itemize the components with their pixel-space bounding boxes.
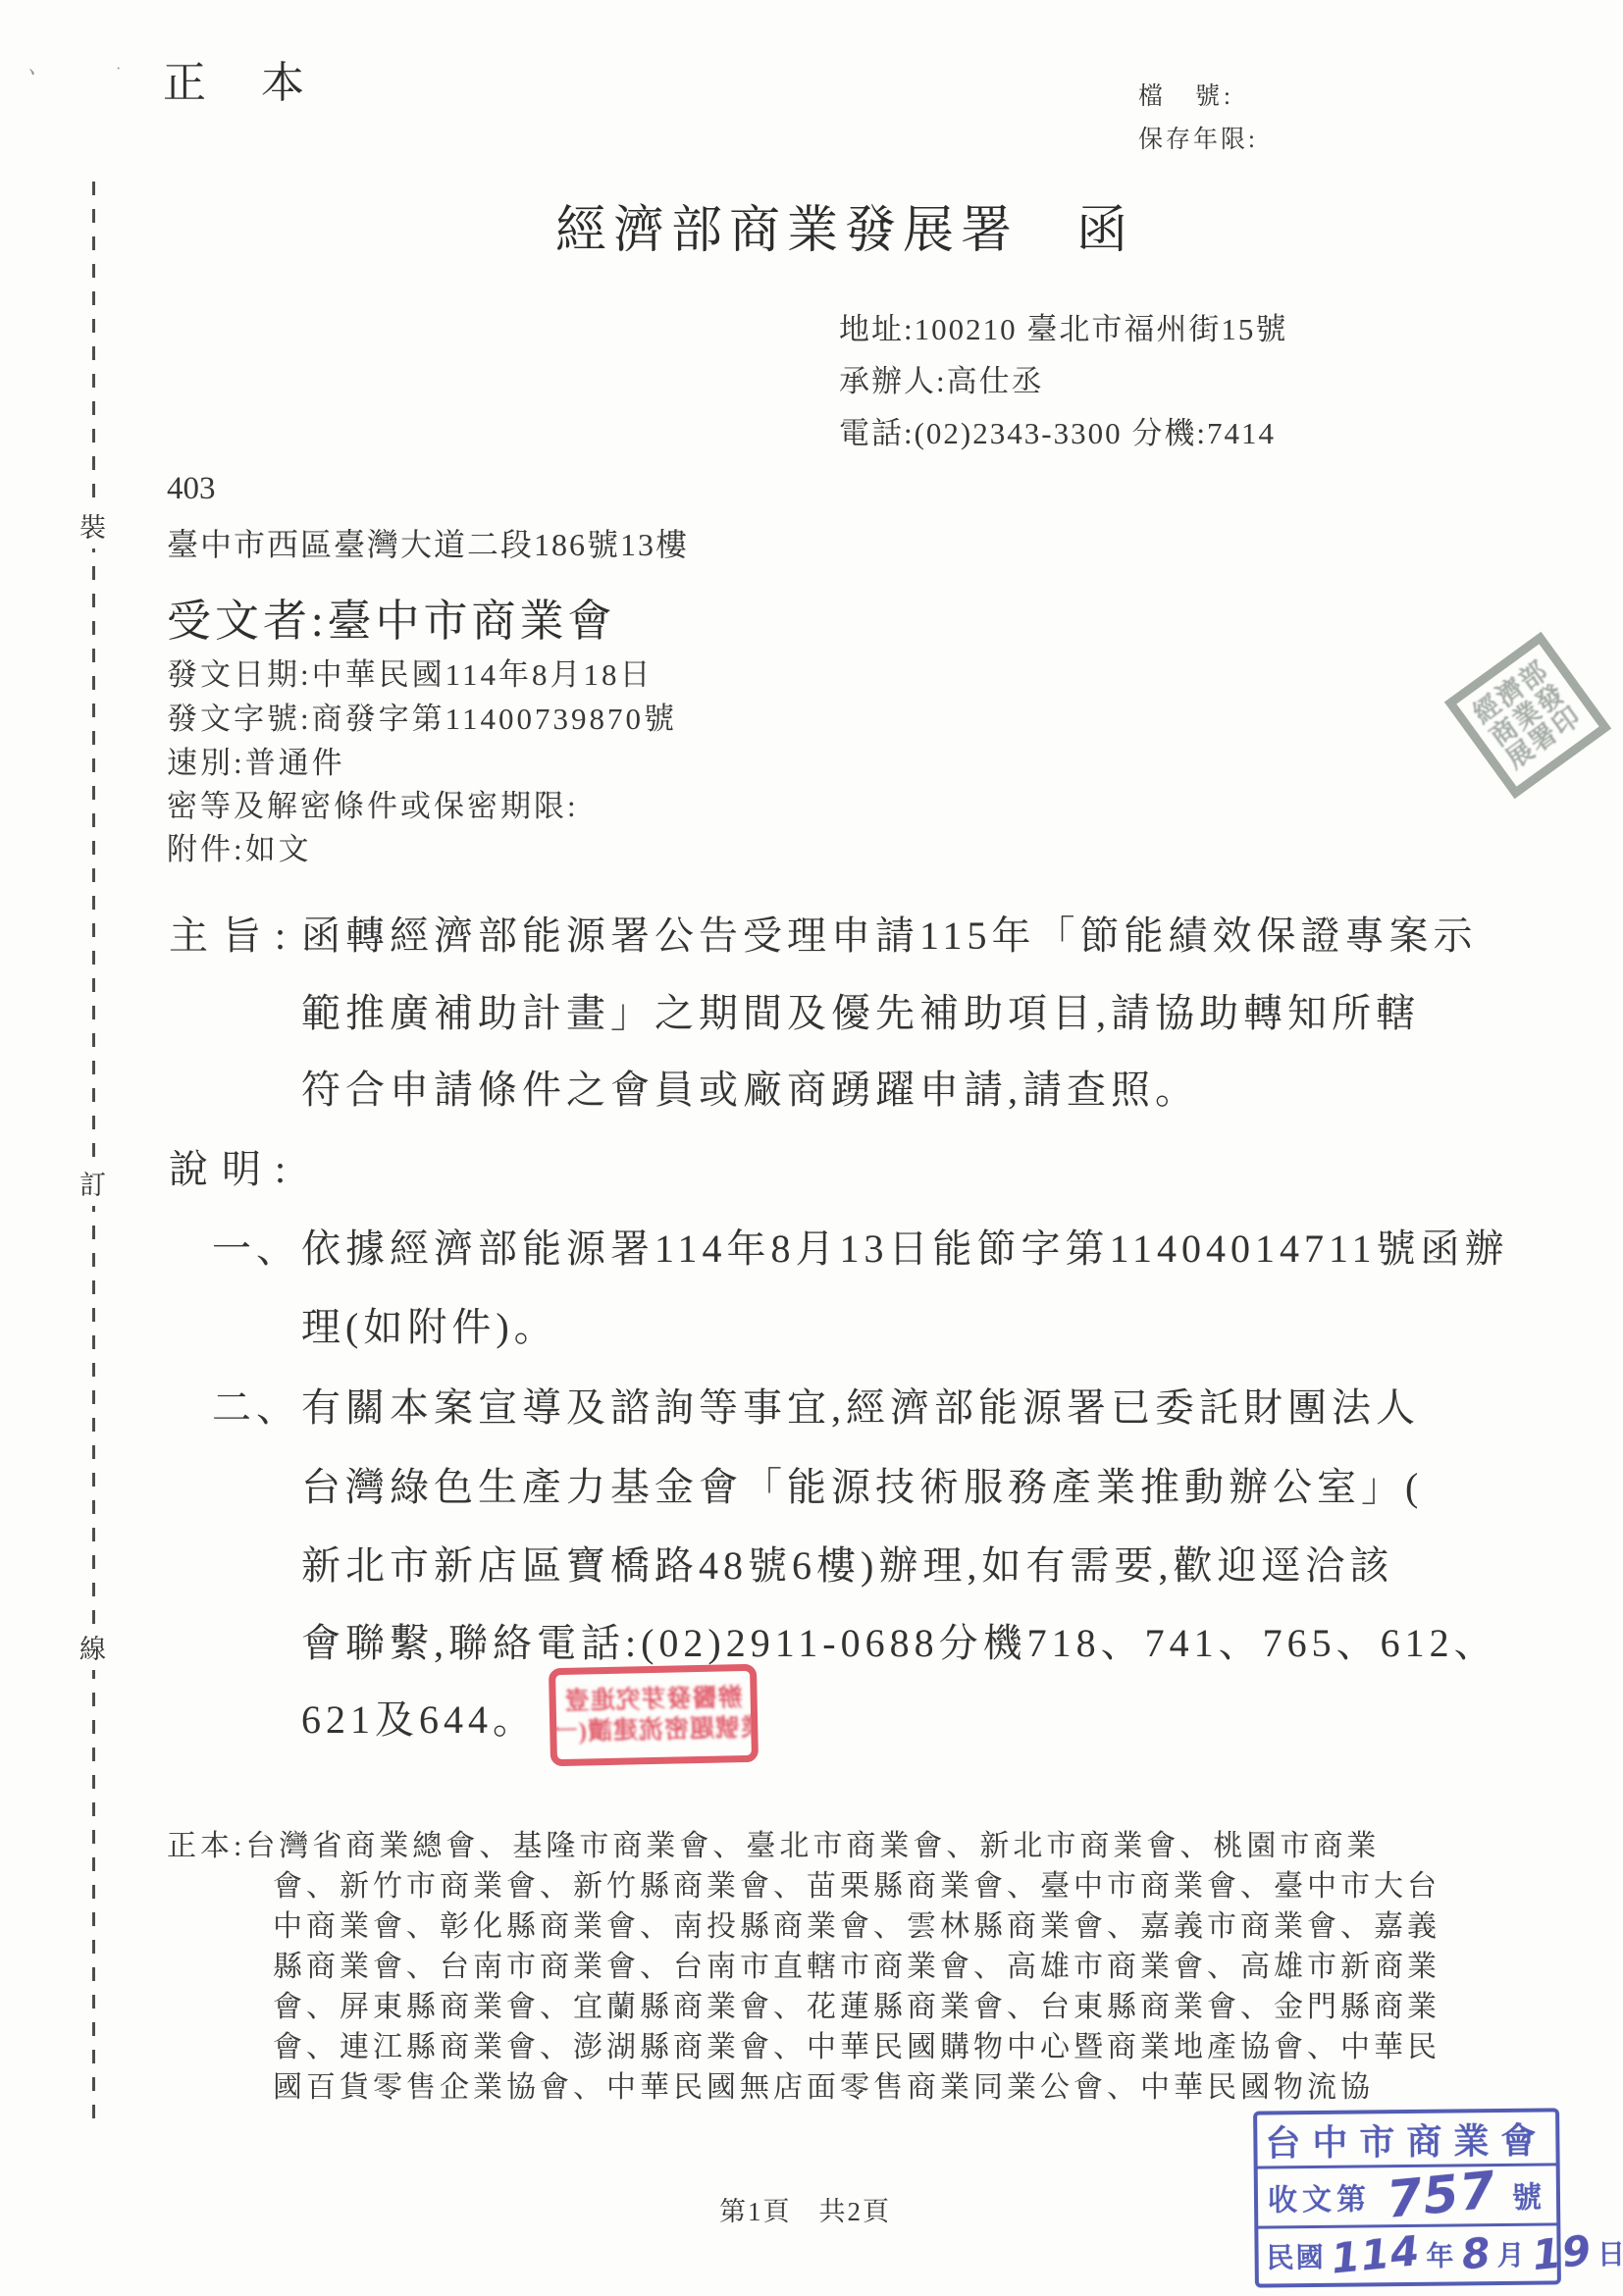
retention-period-label: 保存年限: <box>1138 120 1258 155</box>
binding-mark-xian: 線 <box>79 1624 106 1670</box>
explanation-item2-line: 新北市新店區寶橋路48號6樓)辦理,如有需要,歡迎逕洽該 <box>301 1535 1393 1591</box>
binding-dashed-line <box>92 182 95 2129</box>
copy-type-label: 正 本 <box>163 47 310 110</box>
agency-seal-text: 經濟部商業發展署印 <box>1468 655 1589 775</box>
subject-line: 範推廣補助計畫」之期間及優先補助項目,請協助轉知所轄 <box>301 982 1420 1038</box>
recipient-name: 受文者:臺中市商業會 <box>167 585 616 649</box>
copy-list-line: 中商業會、彰化縣商業會、南投縣商業會、雲林縣商業會、嘉義市商業會、嘉義 <box>273 1902 1440 1945</box>
copy-list-line: 縣商業會、台南市商業會、台南市直轄市商業會、高雄市商業會、高雄市新商業 <box>273 1942 1440 1985</box>
copy-list-line: 正本:台灣省商業總會、基隆市商業會、臺北市商業會、新北市商業會、桃園市商業 <box>167 1821 1380 1864</box>
file-number-label: 檔 號: <box>1138 77 1234 112</box>
receipt-year-handwritten: 114 <box>1330 2232 1422 2277</box>
recipient-postal-code: 403 <box>167 471 216 507</box>
agency-seal-stamp: 經濟部商業發展署印 <box>1444 632 1611 799</box>
page-footer: 第1頁共2頁 <box>719 2190 918 2228</box>
explanation-label: 說明: <box>169 1138 299 1194</box>
security-classification: 密等及解密條件或保密期限: <box>167 781 579 825</box>
document-number: 發文字號:商發字第11400739870號 <box>167 694 677 738</box>
receipt-stamp-number-row: 收文第 757 號 <box>1258 2166 1557 2228</box>
receipt-number-suffix: 號 <box>1512 2173 1546 2217</box>
recipient-address: 臺中市西區臺灣大道二段186號13樓 <box>167 520 689 565</box>
explanation-item2-line: 台灣綠色生產力基金會「能源技術服務產業推動辦公室」( <box>301 1456 1423 1512</box>
page-total: 共2頁 <box>819 2197 892 2226</box>
red-office-stamp: 辦醫發芽究進壹 業號題密流建讀(一) <box>549 1664 759 1766</box>
receipt-month-label: 月 <box>1496 2234 1526 2273</box>
copy-list-line: 國百貨零售企業協會、中華民國無店面零售商業同業公會、中華民國物流協 <box>273 2062 1374 2106</box>
receipt-number-prefix: 收文第 <box>1268 2174 1371 2218</box>
receipt-day-label: 日 <box>1597 2233 1623 2272</box>
subject-line: 符合申請條件之會員或廠商踴躍申請,請查照。 <box>301 1059 1199 1115</box>
receipt-stamp-org: 台中市商業會 <box>1257 2112 1556 2168</box>
official-letter-page: 、 · 裝 訂 線 正 本 檔 號: 保存年限: 經濟部商業發展署 函 地址:1… <box>0 0 1623 2296</box>
receipt-stamp-date-row: 民國 114 年 8 月 19 日 <box>1258 2225 1557 2283</box>
scan-speck: 、 <box>26 49 54 83</box>
sender-phone: 電話:(02)2343-3300 分機:7414 <box>839 408 1276 452</box>
delivery-speed: 速別:普通件 <box>167 738 345 782</box>
explanation-item2-line: 會聯繫,聯絡電話:(02)2911-0688分機718、741、765、612、 <box>301 1612 1498 1668</box>
explanation-item2-number: 二、 <box>212 1377 300 1433</box>
issue-date: 發文日期:中華民國114年8月18日 <box>167 650 653 694</box>
binding-mark-ding: 訂 <box>79 1160 106 1206</box>
receipt-number-handwritten: 757 <box>1375 2166 1508 2224</box>
red-stamp-illegible-text: 辦醫發芽究進壹 <box>563 1683 743 1717</box>
explanation-item1-line: 依據經濟部能源署114年8月13日能節字第11404014711號函辦 <box>301 1218 1509 1274</box>
subject-label: 主旨: <box>169 905 299 961</box>
copy-list-line: 會、連江縣商業會、澎湖縣商業會、中華民國購物中心暨商業地產協會、中華民 <box>273 2022 1440 2065</box>
subject-line: 函轉經濟部能源署公告受理申請115年「節能績效保證專案示 <box>301 905 1478 961</box>
sender-address: 地址:100210 臺北市福州街15號 <box>839 304 1287 348</box>
explanation-item2-line: 有關本案宣導及諮詢等事宜,經濟部能源署已委託財團法人 <box>301 1377 1420 1433</box>
red-stamp-illegible-text: 業號題密流建讀(一) <box>549 1713 759 1748</box>
copy-list-line: 會、屏東縣商業會、宜蘭縣商業會、花蓮縣商業會、台東縣商業會、金門縣商業 <box>273 1982 1440 2025</box>
receipt-month-handwritten: 8 <box>1460 2234 1493 2274</box>
explanation-item1-number: 一、 <box>212 1218 300 1274</box>
explanation-item1-line: 理(如附件)。 <box>301 1296 558 1352</box>
scan-speck: · <box>116 61 121 78</box>
explanation-item2-line: 621及644。 <box>301 1689 537 1745</box>
page-number: 第1頁 <box>719 2197 792 2226</box>
receipt-year-label: 年 <box>1426 2234 1455 2273</box>
binding-mark-zhuang: 裝 <box>79 502 106 548</box>
copy-list-line: 會、新竹市商業會、新竹縣商業會、苗栗縣商業會、臺中市商業會、臺中市大台 <box>273 1861 1440 1905</box>
receipt-date-era: 民國 <box>1266 2236 1325 2276</box>
sender-contact-person: 承辦人:高仕丞 <box>839 356 1044 400</box>
receipt-day-handwritten: 19 <box>1531 2232 1594 2275</box>
receipt-stamp: 台中市商業會 收文第 757 號 民國 114 年 8 月 19 日 <box>1253 2108 1561 2287</box>
document-title: 經濟部商業發展署 函 <box>555 188 1134 262</box>
attachment-note: 附件:如文 <box>167 824 312 868</box>
